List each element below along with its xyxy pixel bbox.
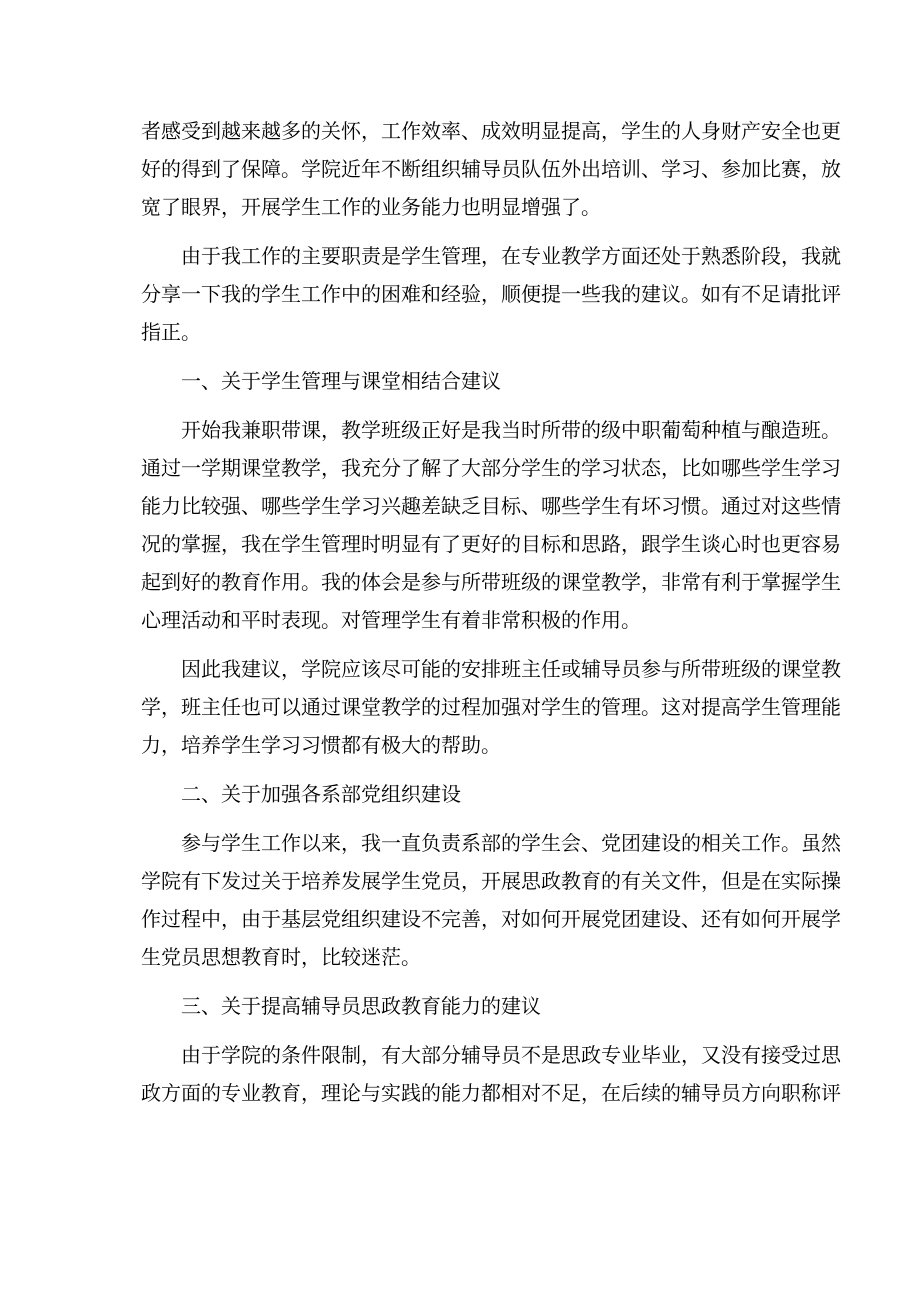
paragraph-work-scope: 由于我工作的主要职责是学生管理，在专业教学方面还处于熟悉阶段，我就 分享一下我的… (141, 237, 786, 351)
text-line: 因此我建议，学院应该尽可能的安排班主任或辅导员参与所带班级的课堂教 (141, 650, 786, 688)
paragraph-suggestion-1: 因此我建议，学院应该尽可能的安排班主任或辅导员参与所带班级的课堂教 学，班主任也… (141, 650, 786, 764)
section-heading-1: 一、关于学生管理与课堂相结合建议 (141, 362, 786, 400)
text-line: 由于学院的条件限制，有大部分辅导员不是思政专业毕业，又没有接受过思 (141, 1036, 786, 1074)
paragraph-counselor-ability: 由于学院的条件限制，有大部分辅导员不是思政专业毕业，又没有接受过思 政方面的专业… (141, 1036, 786, 1112)
text-line: 力，培养学生学习习惯都有极大的帮助。 (141, 726, 786, 764)
text-line: 好的得到了保障。学院近年不断组织辅导员队伍外出培训、学习、参加比赛，放 (141, 150, 786, 188)
paragraph-party-building: 参与学生工作以来，我一直负责系部的学生会、党团建设的相关工作。虽然 学院有下发过… (141, 824, 786, 976)
text-line: 学，班主任也可以通过课堂教学的过程加强对学生的管理。这对提高学生管理能 (141, 688, 786, 726)
text-line: 通过一学期课堂教学，我充分了解了大部分学生的学习状态，比如哪些学生学习 (141, 449, 786, 487)
heading-text: 二、关于加强各系部党组织建设 (141, 775, 786, 813)
document-page: 者感受到越来越多的关怀，工作效率、成效明显提高，学生的人身财产安全也更 好的得到… (141, 112, 786, 1123)
heading-text: 三、关于提高辅导员思政教育能力的建议 (141, 987, 786, 1025)
text-line: 况的掌握，我在学生管理时明显有了更好的目标和思路，跟学生谈心时也更容易 (141, 525, 786, 563)
text-line: 参与学生工作以来，我一直负责系部的学生会、党团建设的相关工作。虽然 (141, 824, 786, 862)
text-line: 宽了眼界，开展学生工作的业务能力也明显增强了。 (141, 188, 786, 226)
paragraph-teaching-experience: 开始我兼职带课，教学班级正好是我当时所带的级中职葡萄种植与酿造班。 通过一学期课… (141, 411, 786, 639)
text-line: 由于我工作的主要职责是学生管理，在专业教学方面还处于熟悉阶段，我就 (141, 237, 786, 275)
text-line: 能力比较强、哪些学生学习兴趣差缺乏目标、哪些学生有坏习惯。通过对这些情 (141, 487, 786, 525)
text-line: 分享一下我的学生工作中的困难和经验，顺便提一些我的建议。如有不足请批评 (141, 275, 786, 313)
text-line: 政方面的专业教育，理论与实践的能力都相对不足，在后续的辅导员方向职称评 (141, 1074, 786, 1112)
text-line: 学院有下发过关于培养发展学生党员，开展思政教育的有关文件，但是在实际操 (141, 862, 786, 900)
heading-text: 一、关于学生管理与课堂相结合建议 (141, 362, 786, 400)
section-heading-3: 三、关于提高辅导员思政教育能力的建议 (141, 987, 786, 1025)
section-heading-2: 二、关于加强各系部党组织建设 (141, 775, 786, 813)
text-line: 者感受到越来越多的关怀，工作效率、成效明显提高，学生的人身财产安全也更 (141, 112, 786, 150)
text-line: 生党员思想教育时，比较迷茫。 (141, 938, 786, 976)
text-line: 指正。 (141, 313, 786, 351)
paragraph-intro-continuation: 者感受到越来越多的关怀，工作效率、成效明显提高，学生的人身财产安全也更 好的得到… (141, 112, 786, 226)
text-line: 起到好的教育作用。我的体会是参与所带班级的课堂教学，非常有利于掌握学生 (141, 563, 786, 601)
text-line: 心理活动和平时表现。对管理学生有着非常积极的作用。 (141, 601, 786, 639)
text-line: 作过程中，由于基层党组织建设不完善，对如何开展党团建设、还有如何开展学 (141, 900, 786, 938)
text-line: 开始我兼职带课，教学班级正好是我当时所带的级中职葡萄种植与酿造班。 (141, 411, 786, 449)
